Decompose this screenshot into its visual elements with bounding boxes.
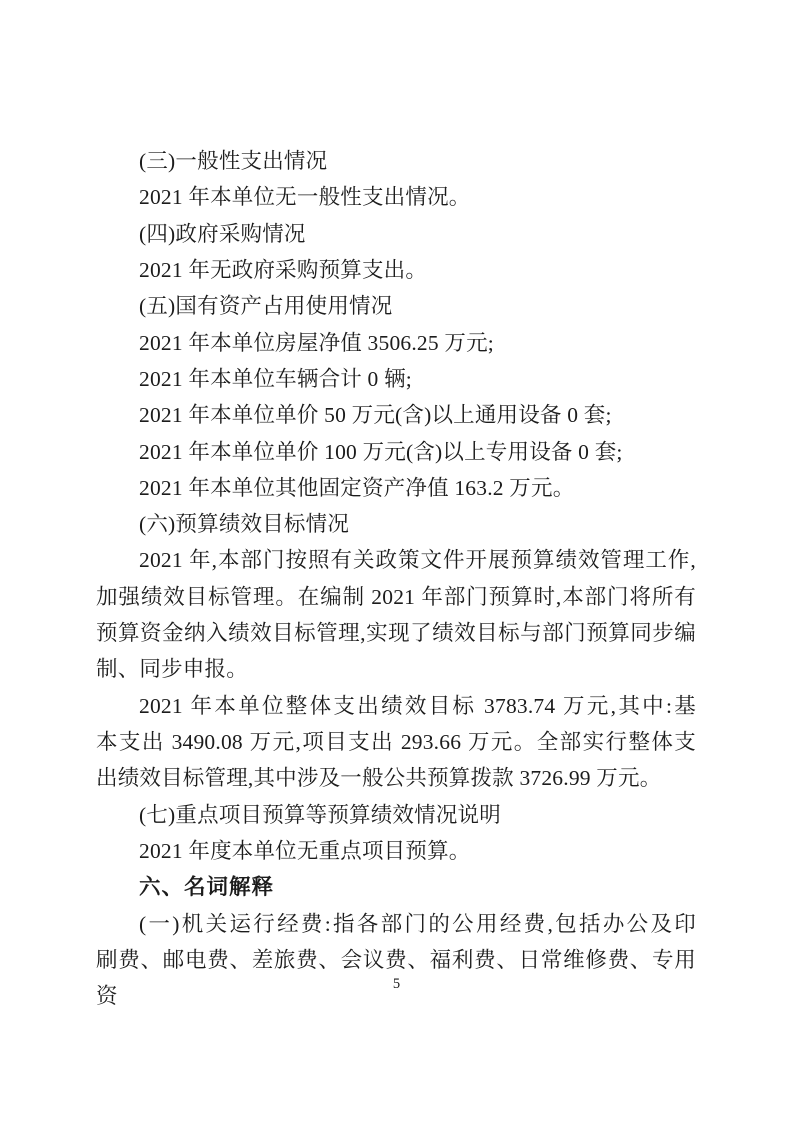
text-line: 2021 年本单位车辆合计 0 辆; xyxy=(96,361,696,397)
paragraph: (三)一般性支出情况 xyxy=(96,143,696,179)
text-line: 2021 年无政府采购预算支出。 xyxy=(96,252,696,288)
paragraph: 2021 年本单位其他固定资产净值 163.2 万元。 xyxy=(96,470,696,506)
text-line: 出绩效目标管理,其中涉及一般公共预算拨款 3726.99 万元。 xyxy=(96,760,696,796)
paragraph: 2021 年本单位无一般性支出情况。 xyxy=(96,179,696,215)
text-line: (四)政府采购情况 xyxy=(96,216,696,252)
text-line: 2021 年本单位单价 50 万元(含)以上通用设备 0 套; xyxy=(96,397,696,433)
text-line: 预算资金纳入绩效目标管理,实现了绩效目标与部门预算同步编 xyxy=(96,615,696,651)
text-line: (三)一般性支出情况 xyxy=(96,143,696,179)
page-content: (三)一般性支出情况2021 年本单位无一般性支出情况。(四)政府采购情况202… xyxy=(96,143,696,1015)
text-line: 2021 年度本单位无重点项目预算。 xyxy=(96,833,696,869)
paragraph: 2021 年本单位整体支出绩效目标 3783.74 万元,其中:基本支出 349… xyxy=(96,688,696,797)
text-line: 2021 年本单位整体支出绩效目标 3783.74 万元,其中:基 xyxy=(96,688,696,724)
text-line: 2021 年本单位无一般性支出情况。 xyxy=(96,179,696,215)
page-number: 5 xyxy=(0,975,793,993)
text-line: 2021 年,本部门按照有关政策文件开展预算绩效管理工作, xyxy=(96,542,696,578)
paragraph: (七)重点项目预算等预算绩效情况说明 xyxy=(96,797,696,833)
text-line: 2021 年本单位其他固定资产净值 163.2 万元。 xyxy=(96,470,696,506)
text-line: 本支出 3490.08 万元,项目支出 293.66 万元。全部实行整体支 xyxy=(96,724,696,760)
text-line: 六、名词解释 xyxy=(96,869,696,905)
paragraph: 2021 年本单位单价 100 万元(含)以上专用设备 0 套; xyxy=(96,434,696,470)
paragraph: (四)政府采购情况 xyxy=(96,216,696,252)
paragraph: 2021 年本单位车辆合计 0 辆; xyxy=(96,361,696,397)
text-line: (一)机关运行经费:指各部门的公用经费,包括办公及印 xyxy=(96,906,696,942)
paragraph: 2021 年无政府采购预算支出。 xyxy=(96,252,696,288)
section-heading: 六、名词解释 xyxy=(96,869,696,905)
text-line: 加强绩效目标管理。在编制 2021 年部门预算时,本部门将所有 xyxy=(96,579,696,615)
paragraph: 2021 年本单位单价 50 万元(含)以上通用设备 0 套; xyxy=(96,397,696,433)
paragraph: (五)国有资产占用使用情况 xyxy=(96,288,696,324)
paragraph: 2021 年,本部门按照有关政策文件开展预算绩效管理工作,加强绩效目标管理。在编… xyxy=(96,542,696,687)
text-line: (五)国有资产占用使用情况 xyxy=(96,288,696,324)
paragraph: (六)预算绩效目标情况 xyxy=(96,506,696,542)
paragraph: (一)机关运行经费:指各部门的公用经费,包括办公及印刷费、邮电费、差旅费、会议费… xyxy=(96,906,696,1015)
paragraph: 2021 年本单位房屋净值 3506.25 万元; xyxy=(96,325,696,361)
document-page: (三)一般性支出情况2021 年本单位无一般性支出情况。(四)政府采购情况202… xyxy=(0,0,793,1122)
text-line: 制、同步申报。 xyxy=(96,651,696,687)
text-line: 2021 年本单位单价 100 万元(含)以上专用设备 0 套; xyxy=(96,434,696,470)
paragraph: 2021 年度本单位无重点项目预算。 xyxy=(96,833,696,869)
text-line: 2021 年本单位房屋净值 3506.25 万元; xyxy=(96,325,696,361)
text-line: (六)预算绩效目标情况 xyxy=(96,506,696,542)
text-line: (七)重点项目预算等预算绩效情况说明 xyxy=(96,797,696,833)
